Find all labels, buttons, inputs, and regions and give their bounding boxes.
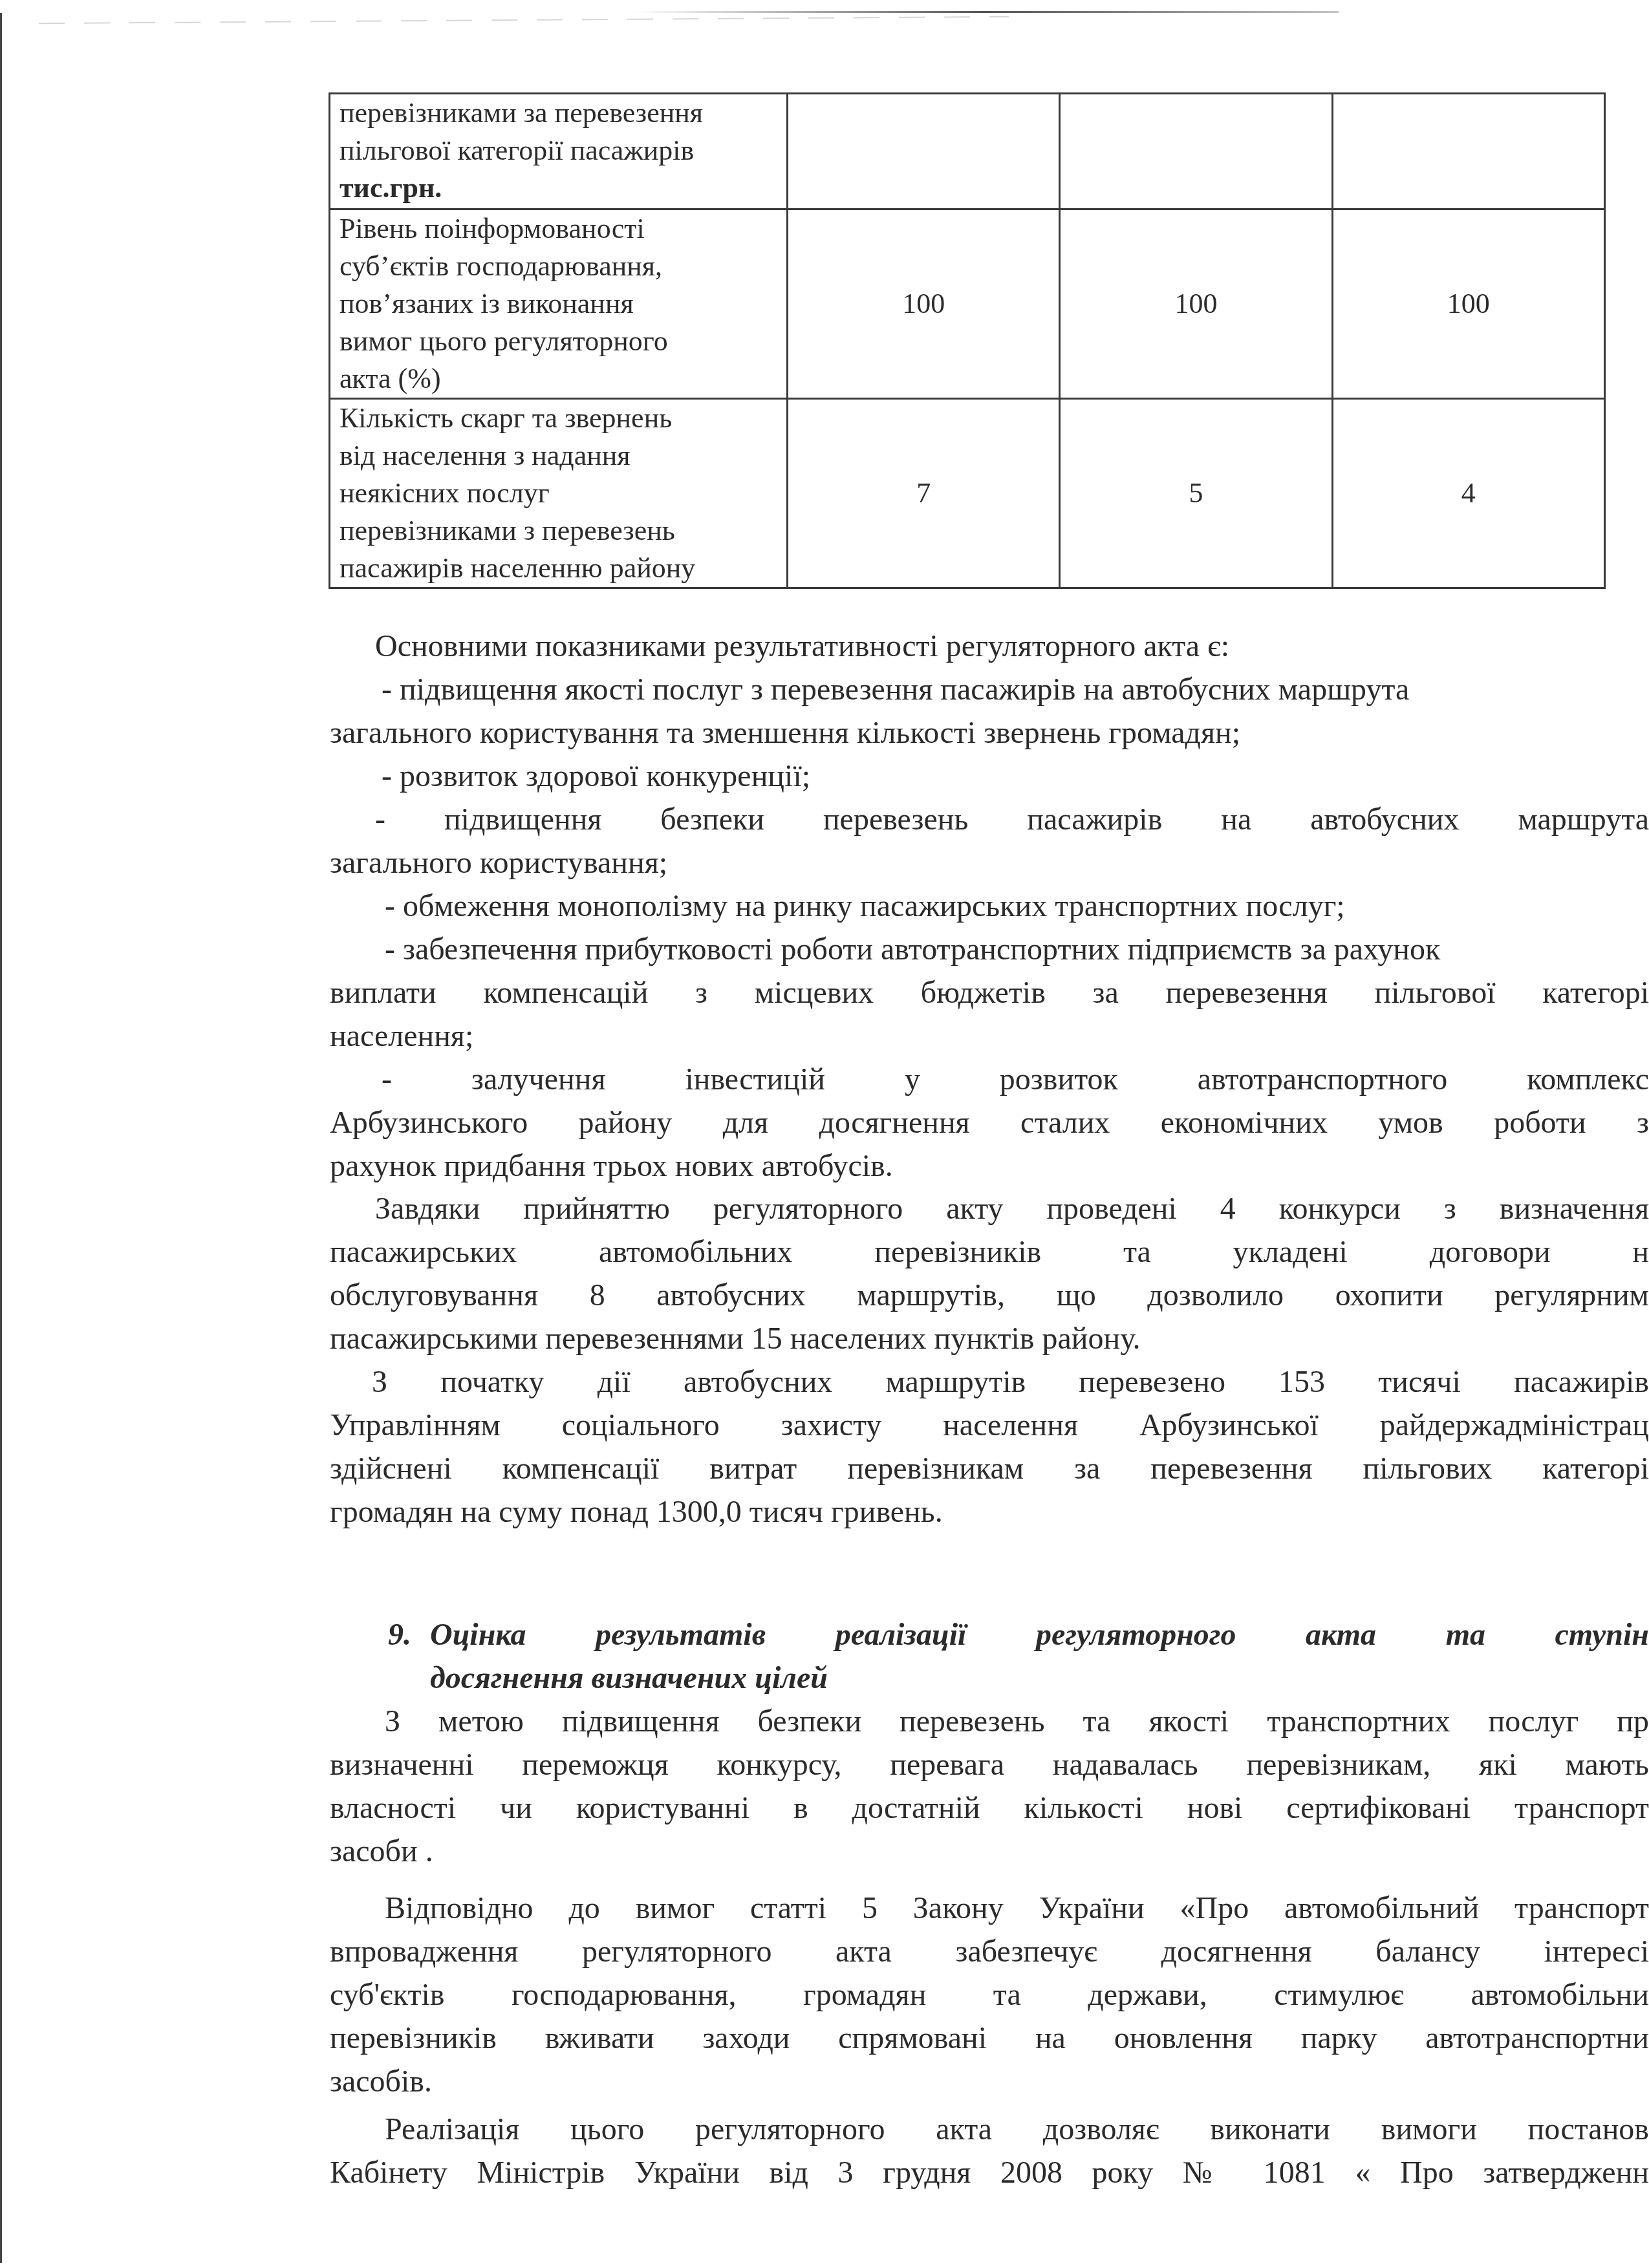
indicator-label: перевізниками за перевезення пільгової к… bbox=[330, 94, 788, 209]
label-line: Кількість скарг та звернень bbox=[339, 400, 777, 437]
table-row: Кількість скарг та звернень від населенн… bbox=[330, 399, 1605, 588]
label-line: від населення з надання bbox=[339, 437, 777, 475]
value-cell: 100 bbox=[1332, 209, 1604, 399]
label-line: вимог цього регуляторного bbox=[339, 323, 777, 360]
label-line: пов’язаних із виконання bbox=[339, 285, 777, 323]
body-line: населення; bbox=[330, 1016, 1649, 1057]
indicator-label: Кількість скарг та звернень від населенн… bbox=[330, 399, 788, 588]
indicators-table: перевізниками за перевезення пільгової к… bbox=[329, 92, 1606, 589]
value-cell: 4 bbox=[1332, 399, 1604, 588]
section-line: Відповідно до вимог статті 5 Закону Укра… bbox=[385, 1888, 1649, 1929]
label-line: пасажирів населенню району bbox=[339, 550, 777, 587]
body-line: - залучення інвестицій у розвиток автотр… bbox=[382, 1059, 1649, 1100]
section-line: засоби . bbox=[330, 1831, 1649, 1872]
body-line: - підвищення безпеки перевезень пасажирі… bbox=[375, 799, 1649, 840]
body-line: - обмеження монополізму на ринку пасажир… bbox=[385, 886, 1649, 927]
body-line: виплати компенсацій з місцевих бюджетів … bbox=[330, 972, 1649, 1014]
value-cell: 100 bbox=[1060, 209, 1332, 399]
body-line: - підвищення якості послуг з перевезення… bbox=[382, 669, 1649, 711]
section-line: Кабінету Міністрів України від 3 грудня … bbox=[330, 2152, 1649, 2194]
section-line: впровадження регуляторного акта забезпеч… bbox=[330, 1931, 1649, 1973]
body-line: загального користування; bbox=[330, 842, 1649, 884]
section-line: власності чи користуванні в достатній кі… bbox=[330, 1788, 1649, 1829]
body-line: - розвиток здорової конкуренції; bbox=[382, 756, 1649, 797]
body-line: рахунок придбання трьох нових автобусів. bbox=[330, 1146, 1649, 1187]
indicator-label: Рівень поінформованості суб’єктів господ… bbox=[330, 209, 788, 399]
label-line: пільгової категорії пасажирів bbox=[339, 132, 777, 169]
section-line: перевізників вживати заходи спрямовані н… bbox=[330, 2018, 1649, 2059]
section-line: засобів. bbox=[330, 2061, 1649, 2102]
body-line: обслуговування 8 автобусних маршрутів, щ… bbox=[330, 1275, 1649, 1316]
value-cell: 100 bbox=[788, 209, 1060, 399]
body-line: пасажирських автомобільних перевізників … bbox=[330, 1232, 1649, 1273]
label-line: перевізниками з перевезень bbox=[339, 512, 777, 550]
section-line: З метою підвищення безпеки перевезень та… bbox=[385, 1701, 1649, 1742]
body-line: Арбузинського району для досягнення стал… bbox=[330, 1102, 1649, 1144]
section-heading: Оцінка результатів реалізації регуляторн… bbox=[430, 1614, 1649, 1656]
body-line: З початку дії автобусних маршрутів перев… bbox=[372, 1362, 1649, 1403]
label-line: перевізниками за перевезення bbox=[339, 94, 777, 132]
scan-line-artifact bbox=[634, 11, 1339, 13]
section-line: суб'єктів господарювання, громадян та де… bbox=[330, 1974, 1649, 2016]
label-line: неякісних послуг bbox=[339, 475, 777, 512]
section-heading-cont: досягнення визначених цілей bbox=[430, 1658, 1649, 1699]
scan-edge-artifact bbox=[0, 13, 2, 2263]
value-cell bbox=[788, 94, 1060, 209]
body-line: здійснені компенсації витрат перевізника… bbox=[330, 1448, 1649, 1490]
body-line: пасажирськими перевезеннями 15 населених… bbox=[330, 1318, 1649, 1360]
value-cell bbox=[1332, 94, 1604, 209]
scan-dash-artifact bbox=[39, 16, 1009, 24]
body-line: загального користування та зменшення кіл… bbox=[330, 712, 1649, 754]
label-unit: тис.грн. bbox=[339, 169, 777, 207]
section-line: визначенні переможця конкурсу, перевага … bbox=[330, 1744, 1649, 1786]
body-line: Завдяки прийняттю регуляторного акту про… bbox=[375, 1188, 1649, 1230]
body-line: - забезпечення прибутковості роботи авто… bbox=[385, 929, 1649, 970]
label-line: акта (%) bbox=[339, 360, 777, 398]
label-line: Рівень поінформованості bbox=[339, 210, 777, 248]
table-row: Рівень поінформованості суб’єктів господ… bbox=[330, 209, 1605, 399]
body-line: Основними показниками результативності р… bbox=[375, 626, 1649, 667]
value-cell: 7 bbox=[788, 399, 1060, 588]
value-cell: 5 bbox=[1060, 399, 1332, 588]
value-cell bbox=[1060, 94, 1332, 209]
body-line: Управлінням соціального захисту населенн… bbox=[330, 1405, 1649, 1446]
section-line: Реалізація цього регуляторного акта дозв… bbox=[385, 2109, 1649, 2150]
label-line: суб’єктів господарювання, bbox=[339, 248, 777, 285]
table-row: перевізниками за перевезення пільгової к… bbox=[330, 94, 1605, 209]
body-line: громадян на суму понад 1300,0 тисяч грив… bbox=[330, 1492, 1649, 1533]
